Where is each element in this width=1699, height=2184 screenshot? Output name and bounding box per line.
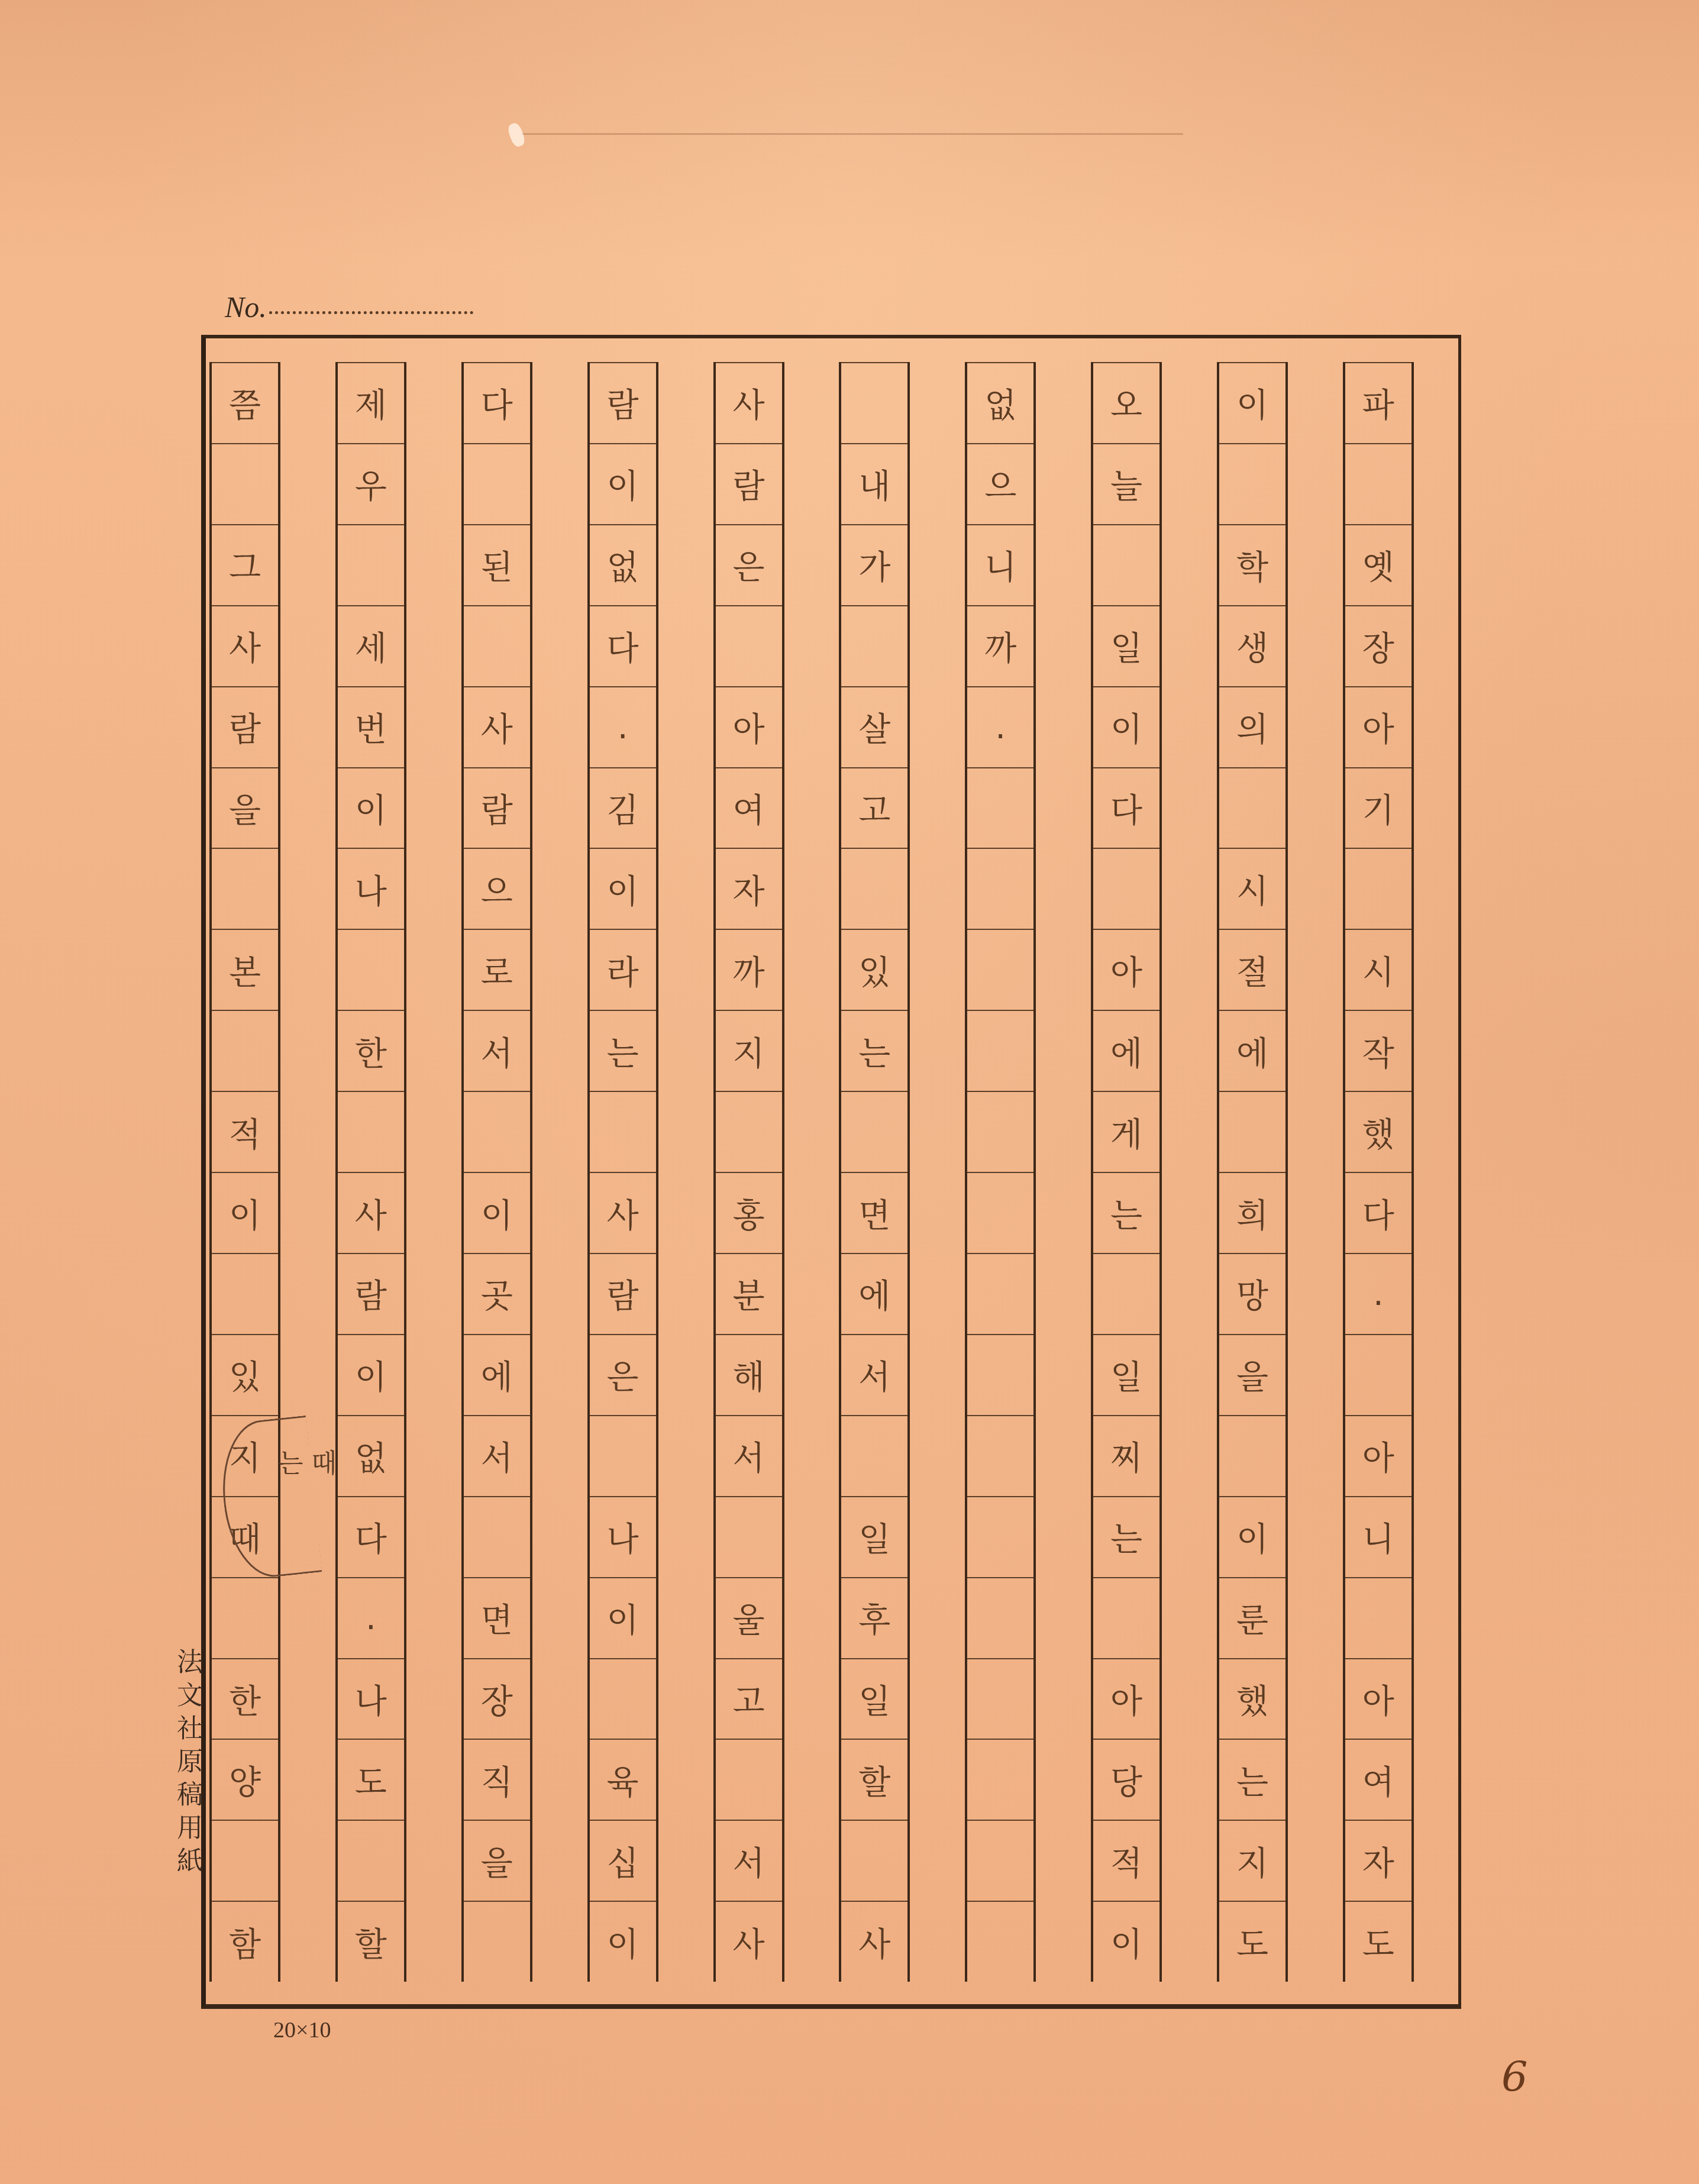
manuscript-cell: 나 bbox=[338, 1659, 404, 1740]
manuscript-cell: 생 bbox=[1219, 606, 1285, 687]
publisher-label: 法文社原稿用紙 bbox=[169, 1648, 205, 1880]
manuscript-cell bbox=[841, 1416, 907, 1497]
manuscript-cell: . bbox=[1345, 1254, 1411, 1335]
manuscript-cell: 람 bbox=[590, 362, 656, 444]
manuscript-cell: 함 bbox=[212, 1902, 278, 1982]
manuscript-cell: 도 bbox=[1345, 1902, 1411, 1982]
manuscript-cell bbox=[590, 1659, 656, 1740]
manuscript-cell: 양 bbox=[212, 1740, 278, 1821]
manuscript-cell: 절 bbox=[1219, 930, 1285, 1011]
manuscript-cell: 자 bbox=[716, 849, 782, 930]
manuscript-cell: 이 bbox=[338, 1335, 404, 1416]
manuscript-cell: 가 bbox=[841, 525, 907, 606]
manuscript-cell bbox=[1093, 1254, 1159, 1335]
manuscript-cell: 파 bbox=[1345, 362, 1411, 444]
manuscript-cell bbox=[967, 1173, 1033, 1254]
manuscript-cell bbox=[1219, 768, 1285, 849]
manuscript-cell: 사 bbox=[841, 1902, 907, 1982]
manuscript-cell: 홍 bbox=[716, 1173, 782, 1254]
manuscript-cell: 룬 bbox=[1219, 1578, 1285, 1659]
manuscript-cell: 서 bbox=[716, 1416, 782, 1497]
manuscript-cell: 람 bbox=[212, 687, 278, 768]
manuscript-cell: 는 bbox=[1093, 1497, 1159, 1578]
manuscript-cell bbox=[967, 1740, 1033, 1821]
manuscript-cell: 직 bbox=[464, 1740, 530, 1821]
manuscript-cell: 이 bbox=[1093, 1902, 1159, 1982]
manuscript-cell: 있 bbox=[841, 930, 907, 1011]
manuscript-cell: 일 bbox=[841, 1497, 907, 1578]
manuscript-cell bbox=[338, 525, 404, 606]
manuscript-cell: 사 bbox=[464, 687, 530, 768]
manuscript-cell: 우 bbox=[338, 444, 404, 525]
manuscript-cell bbox=[967, 1092, 1033, 1173]
manuscript-cell: 로 bbox=[464, 930, 530, 1011]
manuscript-cell: 적 bbox=[1093, 1821, 1159, 1902]
manuscript-cell: 후 bbox=[841, 1578, 907, 1659]
manuscript-cell: 울 bbox=[716, 1578, 782, 1659]
paper-crease bbox=[521, 133, 1183, 135]
manuscript-cell: 했 bbox=[1345, 1092, 1411, 1173]
manuscript-cell: 제 bbox=[338, 362, 404, 444]
number-dotted-line bbox=[269, 303, 473, 314]
manuscript-cell: 없 bbox=[590, 525, 656, 606]
manuscript-column: 람이없다.김이라는사람은나이육십이 bbox=[587, 362, 658, 1982]
manuscript-cell bbox=[967, 1821, 1033, 1902]
manuscript-cell: 은 bbox=[590, 1335, 656, 1416]
manuscript-cell: 람 bbox=[338, 1254, 404, 1335]
manuscript-cell: 이 bbox=[212, 1173, 278, 1254]
manuscript-cell bbox=[338, 1092, 404, 1173]
manuscript-cell: 할 bbox=[338, 1902, 404, 1982]
manuscript-cell: 까 bbox=[716, 930, 782, 1011]
manuscript-cell: 고 bbox=[841, 768, 907, 849]
manuscript-cell bbox=[212, 1821, 278, 1902]
manuscript-cell: 찌 bbox=[1093, 1416, 1159, 1497]
manuscript-cell: 이 bbox=[338, 768, 404, 849]
manuscript-cell: 에 bbox=[1093, 1011, 1159, 1092]
manuscript-cell: 오 bbox=[1093, 362, 1159, 444]
manuscript-cell: 살 bbox=[841, 687, 907, 768]
manuscript-cell bbox=[1219, 1092, 1285, 1173]
manuscript-cell: 에 bbox=[464, 1335, 530, 1416]
manuscript-cell: 희 bbox=[1219, 1173, 1285, 1254]
manuscript-cell: 육 bbox=[590, 1740, 656, 1821]
manuscript-cell: 한 bbox=[338, 1011, 404, 1092]
manuscript-cell: . bbox=[338, 1578, 404, 1659]
manuscript-cell bbox=[212, 1011, 278, 1092]
manuscript-cell bbox=[967, 1578, 1033, 1659]
manuscript-cell: 있 bbox=[212, 1335, 278, 1416]
manuscript-cell: 늘 bbox=[1093, 444, 1159, 525]
manuscript-cell bbox=[1345, 1335, 1411, 1416]
manuscript-cell: 없 bbox=[338, 1416, 404, 1497]
manuscript-cell: 면 bbox=[464, 1578, 530, 1659]
manuscript-cell: 이 bbox=[590, 849, 656, 930]
manuscript-column: 사람은아여자까지홍분해서울고서사 bbox=[713, 362, 784, 1982]
manuscript-cell: 그 bbox=[212, 525, 278, 606]
manuscript-cell: 나 bbox=[590, 1497, 656, 1578]
manuscript-cell: 이 bbox=[1219, 1497, 1285, 1578]
manuscript-cell bbox=[967, 1011, 1033, 1092]
manuscript-cell: 장 bbox=[1345, 606, 1411, 687]
manuscript-cell: 니 bbox=[967, 525, 1033, 606]
manuscript-cell: 옛 bbox=[1345, 525, 1411, 606]
manuscript-cell bbox=[1219, 1416, 1285, 1497]
manuscript-cell bbox=[841, 849, 907, 930]
manuscript-cell: 다 bbox=[590, 606, 656, 687]
manuscript-cell: 아 bbox=[1345, 1416, 1411, 1497]
manuscript-cell: 다 bbox=[338, 1497, 404, 1578]
manuscript-cell: 은 bbox=[716, 525, 782, 606]
manuscript-cell: 장 bbox=[464, 1659, 530, 1740]
manuscript-cell: 지 bbox=[1219, 1821, 1285, 1902]
manuscript-cell: 없 bbox=[967, 362, 1033, 444]
manuscript-cell: 아 bbox=[716, 687, 782, 768]
manuscript-cell bbox=[1093, 849, 1159, 930]
manuscript-cell bbox=[590, 1416, 656, 1497]
manuscript-cell: 에 bbox=[1219, 1011, 1285, 1092]
manuscript-cell: 의 bbox=[1219, 687, 1285, 768]
manuscript-cell: 는 bbox=[841, 1011, 907, 1092]
manuscript-cell: 나 bbox=[338, 849, 404, 930]
manuscript-cell: 아 bbox=[1093, 1659, 1159, 1740]
manuscript-cell: 아 bbox=[1345, 687, 1411, 768]
manuscript-cell: 쯤 bbox=[212, 362, 278, 444]
grid-size-label: 20×10 bbox=[273, 2017, 331, 2043]
manuscript-cell: 도 bbox=[1219, 1902, 1285, 1982]
manuscript-cell: 다 bbox=[1345, 1173, 1411, 1254]
manuscript-cell: 적 bbox=[212, 1092, 278, 1173]
manuscript-cell: 이 bbox=[1093, 687, 1159, 768]
manuscript-cell: 시 bbox=[1345, 930, 1411, 1011]
manuscript-cell: 고 bbox=[716, 1659, 782, 1740]
manuscript-cell: 세 bbox=[338, 606, 404, 687]
manuscript-cell: 작 bbox=[1345, 1011, 1411, 1092]
manuscript-cell: 도 bbox=[338, 1740, 404, 1821]
page-number: 6 bbox=[1501, 2053, 1528, 2101]
manuscript-column: 내가살고있는면에서일후일할사 bbox=[839, 362, 910, 1982]
manuscript-cell: 일 bbox=[841, 1659, 907, 1740]
manuscript-cell: 다 bbox=[464, 362, 530, 444]
manuscript-cell: 이 bbox=[590, 444, 656, 525]
manuscript-cell bbox=[338, 1821, 404, 1902]
manuscript-cell bbox=[212, 1578, 278, 1659]
manuscript-cell: 당 bbox=[1093, 1740, 1159, 1821]
manuscript-cell bbox=[716, 1740, 782, 1821]
manuscript-column: 없으니까. bbox=[965, 362, 1036, 1982]
manuscript-cell bbox=[212, 849, 278, 930]
manuscript-cell: 는 bbox=[590, 1011, 656, 1092]
manuscript-cell: 망 bbox=[1219, 1254, 1285, 1335]
manuscript-cell: 게 bbox=[1093, 1092, 1159, 1173]
manuscript-cell bbox=[464, 606, 530, 687]
manuscript-column: 제우세번이나한사람이없다.나도할 bbox=[335, 362, 406, 1982]
manuscript-cell bbox=[464, 444, 530, 525]
manuscript-cell: 시 bbox=[1219, 849, 1285, 930]
manuscript-cell: 일 bbox=[1093, 1335, 1159, 1416]
manuscript-cell: 내 bbox=[841, 444, 907, 525]
manuscript-column: 파옛장아기시작했다.아니아여자도 bbox=[1343, 362, 1414, 1982]
manuscript-cell: 람 bbox=[464, 768, 530, 849]
manuscript-cell: 서 bbox=[464, 1416, 530, 1497]
manuscript-cell bbox=[590, 1092, 656, 1173]
manuscript-cell: 는 bbox=[1219, 1740, 1285, 1821]
manuscript-cell bbox=[967, 1497, 1033, 1578]
manuscript-grid: 파옛장아기시작했다.아니아여자도이학생의시절에희망을이룬했는지도오늘일이다아에게… bbox=[201, 335, 1461, 2009]
manuscript-cell: 여 bbox=[716, 768, 782, 849]
manuscript-cell bbox=[967, 1335, 1033, 1416]
manuscript-cell: . bbox=[967, 687, 1033, 768]
margin-edit-note: 는 때 bbox=[278, 1442, 337, 1480]
manuscript-cell: 람 bbox=[590, 1254, 656, 1335]
manuscript-cell bbox=[841, 362, 907, 444]
manuscript-cell bbox=[716, 1092, 782, 1173]
manuscript-cell: 김 bbox=[590, 768, 656, 849]
manuscript-cell bbox=[1345, 444, 1411, 525]
manuscript-cell: 면 bbox=[841, 1173, 907, 1254]
manuscript-cell bbox=[1093, 1578, 1159, 1659]
manuscript-column: 이학생의시절에희망을이룬했는지도 bbox=[1217, 362, 1288, 1982]
manuscript-cell bbox=[1219, 444, 1285, 525]
manuscript-cell bbox=[967, 1902, 1033, 1982]
manuscript-cell bbox=[1345, 1578, 1411, 1659]
manuscript-cell: 는 bbox=[1093, 1173, 1159, 1254]
manuscript-cell: 사 bbox=[212, 606, 278, 687]
manuscript-cell bbox=[212, 444, 278, 525]
manuscript-cell: 아 bbox=[1093, 930, 1159, 1011]
manuscript-cell: 일 bbox=[1093, 606, 1159, 687]
manuscript-cell bbox=[464, 1902, 530, 1982]
manuscript-column: 오늘일이다아에게는일찌는아당적이 bbox=[1091, 362, 1162, 1982]
manuscript-cell: 본 bbox=[212, 930, 278, 1011]
manuscript-cell: 서 bbox=[464, 1011, 530, 1092]
manuscript-cell bbox=[841, 606, 907, 687]
manuscript-cell: 자 bbox=[1345, 1821, 1411, 1902]
paper-tear bbox=[506, 121, 527, 148]
manuscript-cell: 했 bbox=[1219, 1659, 1285, 1740]
manuscript-cell: 할 bbox=[841, 1740, 907, 1821]
manuscript-cell bbox=[967, 768, 1033, 849]
manuscript-cell: 된 bbox=[464, 525, 530, 606]
manuscript-cell: 한 bbox=[212, 1659, 278, 1740]
manuscript-cell bbox=[1093, 525, 1159, 606]
manuscript-cell bbox=[967, 1416, 1033, 1497]
manuscript-cell: . bbox=[590, 687, 656, 768]
manuscript-cell: 해 bbox=[716, 1335, 782, 1416]
manuscript-cell: 번 bbox=[338, 687, 404, 768]
manuscript-cell: 라 bbox=[590, 930, 656, 1011]
manuscript-cell: 니 bbox=[1345, 1497, 1411, 1578]
manuscript-cell bbox=[967, 1659, 1033, 1740]
manuscript-cell bbox=[841, 1821, 907, 1902]
manuscript-cell: 십 bbox=[590, 1821, 656, 1902]
manuscript-cell: 람 bbox=[716, 444, 782, 525]
manuscript-cell: 다 bbox=[1093, 768, 1159, 849]
manuscript-cell: 에 bbox=[841, 1254, 907, 1335]
manuscript-cell bbox=[1345, 849, 1411, 930]
manuscript-cell bbox=[967, 1254, 1033, 1335]
manuscript-cell bbox=[464, 1092, 530, 1173]
manuscript-cell: 서 bbox=[841, 1335, 907, 1416]
manuscript-cell bbox=[967, 849, 1033, 930]
manuscript-cell: 사 bbox=[716, 1902, 782, 1982]
manuscript-cell: 사 bbox=[716, 362, 782, 444]
manuscript-cell: 사 bbox=[338, 1173, 404, 1254]
manuscript-cell bbox=[841, 1092, 907, 1173]
manuscript-cell: 기 bbox=[1345, 768, 1411, 849]
manuscript-cell: 을 bbox=[1219, 1335, 1285, 1416]
manuscript-cell: 을 bbox=[212, 768, 278, 849]
manuscript-cell: 으 bbox=[464, 849, 530, 930]
manuscript-cell: 여 bbox=[1345, 1740, 1411, 1821]
manuscript-cell: 으 bbox=[967, 444, 1033, 525]
manuscript-cell bbox=[464, 1497, 530, 1578]
manuscript-cell: 이 bbox=[1219, 362, 1285, 444]
number-label: No. bbox=[225, 290, 267, 324]
manuscript-cell: 분 bbox=[716, 1254, 782, 1335]
manuscript-cell bbox=[716, 1497, 782, 1578]
manuscript-cell bbox=[716, 606, 782, 687]
manuscript-cell: 지 bbox=[716, 1011, 782, 1092]
manuscript-cell: 사 bbox=[590, 1173, 656, 1254]
manuscript-cell: 서 bbox=[716, 1821, 782, 1902]
manuscript-cell: 학 bbox=[1219, 525, 1285, 606]
manuscript-cell: 이 bbox=[590, 1578, 656, 1659]
manuscript-cell: 이 bbox=[590, 1902, 656, 1982]
manuscript-cell bbox=[338, 930, 404, 1011]
manuscript-column: 쯤그사람을본적이있지때한양함 bbox=[209, 362, 280, 1982]
manuscript-cell bbox=[212, 1254, 278, 1335]
manuscript-cell: 이 bbox=[464, 1173, 530, 1254]
manuscript-cell: 까 bbox=[967, 606, 1033, 687]
manuscript-column: 다된사람으로서이곳에서면장직을 bbox=[461, 362, 532, 1982]
manuscript-cell: 아 bbox=[1345, 1659, 1411, 1740]
manuscript-cell bbox=[967, 930, 1033, 1011]
manuscript-cell: 곳 bbox=[464, 1254, 530, 1335]
manuscript-cell: 을 bbox=[464, 1821, 530, 1902]
